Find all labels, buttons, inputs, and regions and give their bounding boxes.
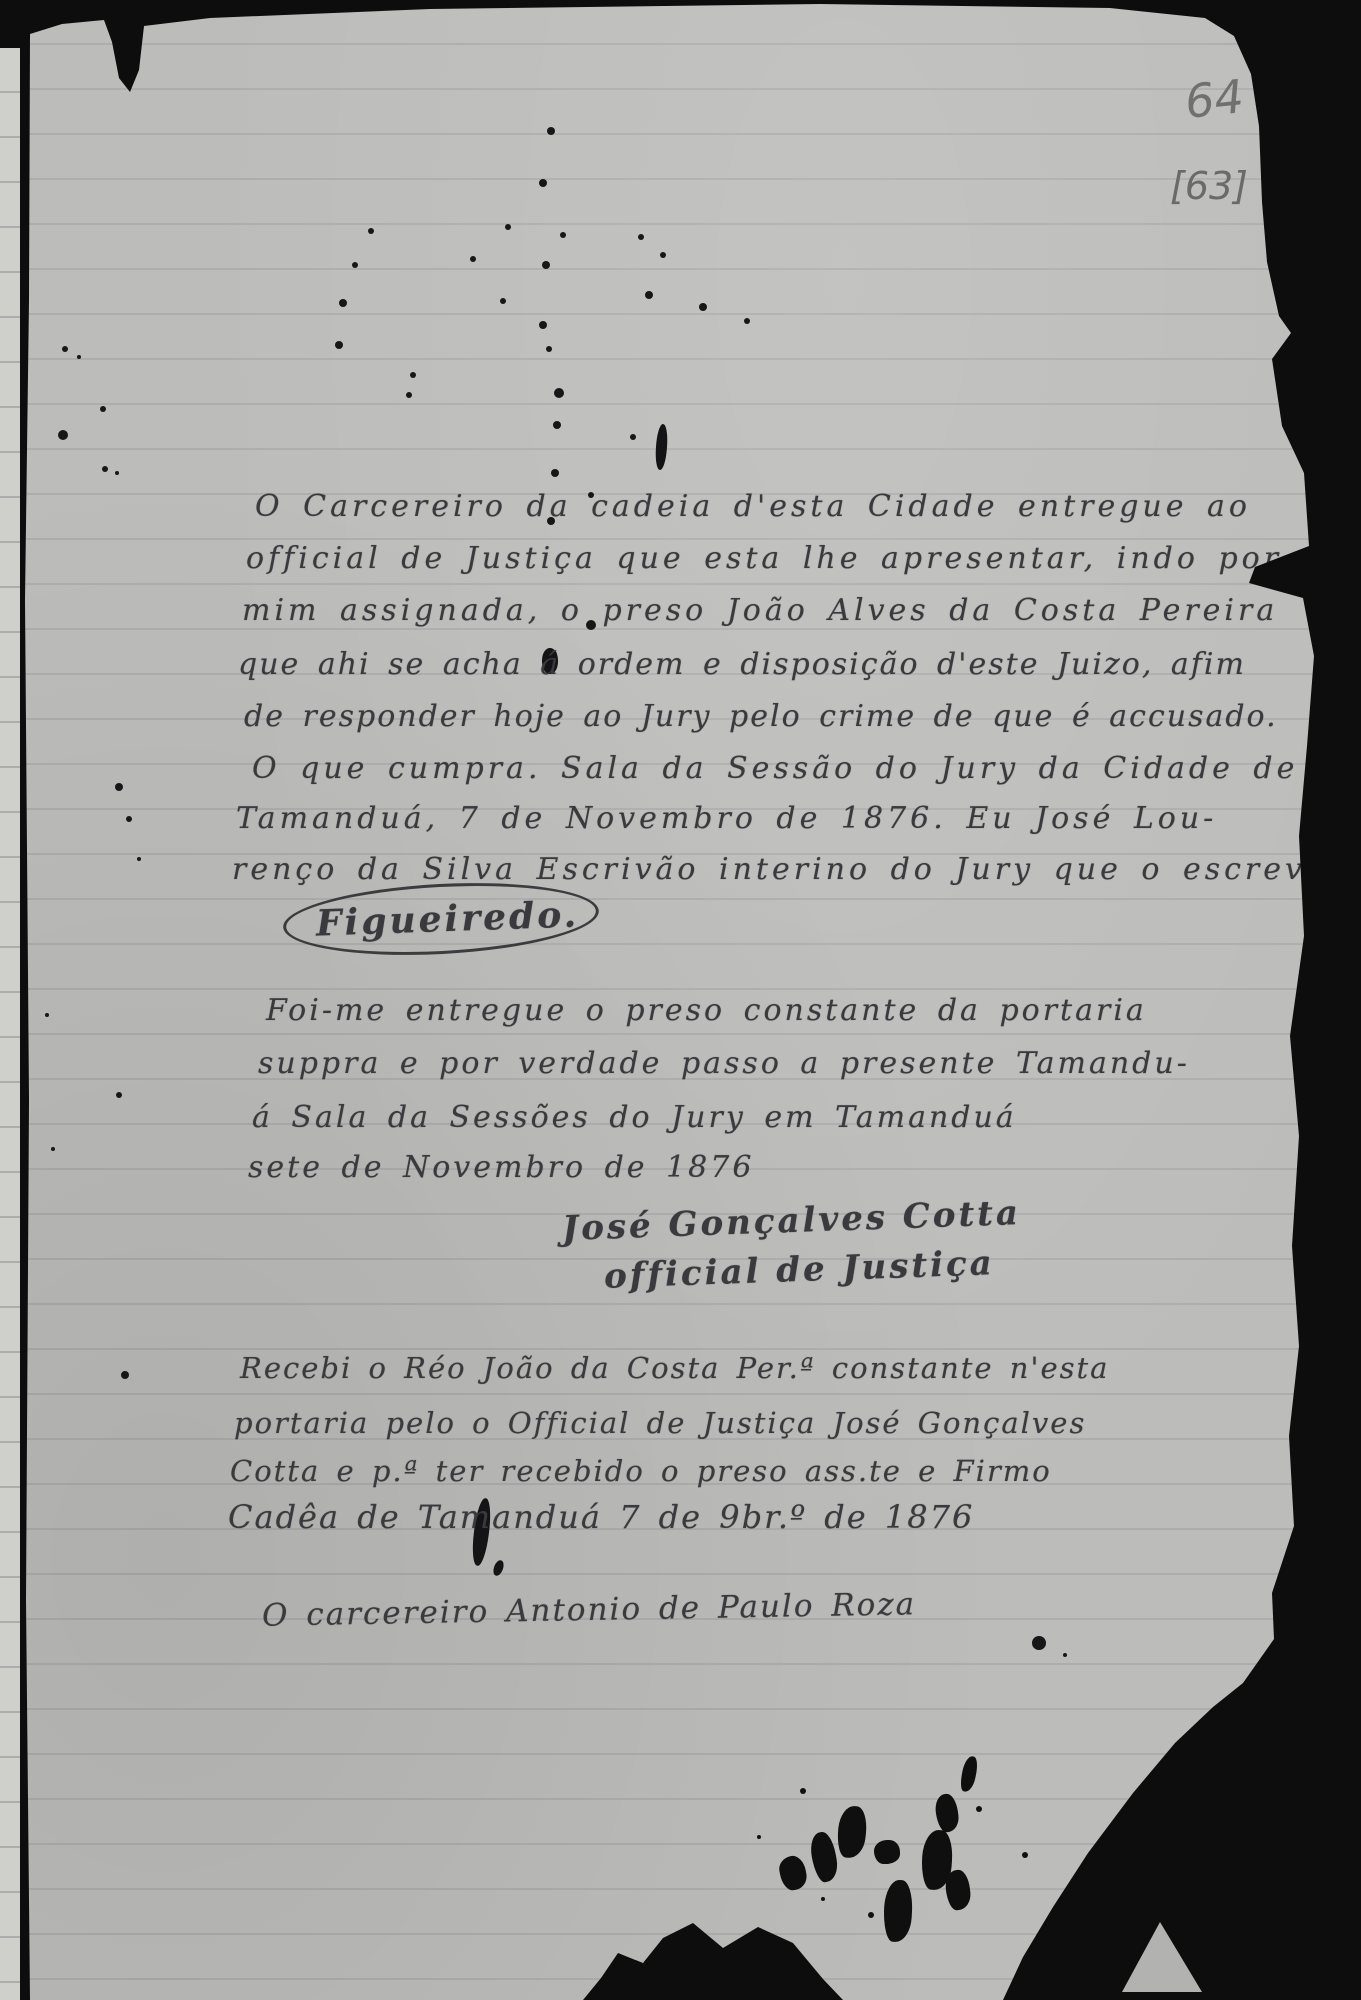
ink-blot-cluster xyxy=(835,1805,868,1860)
adjacent-page-edge xyxy=(0,48,20,2000)
manuscript-line: mim assignada, o preso João Alves da Cos… xyxy=(242,593,1278,628)
ink-blot xyxy=(654,424,668,471)
ink-blot xyxy=(492,1559,506,1577)
manuscript-line: renço da Silva Escrivão interino do Jury… xyxy=(232,852,1333,887)
manuscript-line: á Sala da Sessões do Jury em Tamanduá xyxy=(252,1100,1017,1135)
manuscript-line: sete de Novembro de 1876 xyxy=(248,1150,754,1185)
paper-sheet: 64 [63] O Carcereiro da cadeia d'esta Ci… xyxy=(0,0,1361,2000)
manuscript-line: Cadêa de Tamanduá 7 de 9br.º de 1876 xyxy=(228,1498,974,1536)
manuscript-line: official de Justiça que esta lhe apresen… xyxy=(246,541,1282,576)
manuscript-line: de responder hoje ao Jury pelo crime de … xyxy=(244,699,1278,734)
manuscript-line: portaria pelo o Official de Justiça José… xyxy=(234,1406,1086,1440)
manuscript-line: Cotta e p.ª ter recebido o preso ass.te … xyxy=(230,1454,1052,1488)
ink-blot-cluster xyxy=(808,1830,840,1883)
ink-blot-cluster xyxy=(874,1840,900,1864)
manuscript-line: Recebi o Réo João da Costa Per.ª constan… xyxy=(240,1351,1109,1385)
manuscript-line: Tamanduá, 7 de Novembro de 1876. Eu José… xyxy=(236,801,1217,836)
paper-fragment xyxy=(1122,1922,1202,1992)
folio-number-64: 64 xyxy=(1182,69,1246,129)
manuscript-line: suppra e por verdade passo a presente Ta… xyxy=(258,1046,1190,1081)
signature-jose-goncalves-cotta: José Gonçalves Cotta xyxy=(561,1193,1021,1249)
ink-blot-cluster xyxy=(777,1854,809,1892)
ink-speck-cluster xyxy=(0,0,6,6)
ink-blot-cluster xyxy=(944,1869,972,1911)
ink-blot-cluster xyxy=(882,1879,913,1942)
signature-antonio-de-paulo-roza: O carcereiro Antonio de Paulo Roza xyxy=(262,1586,917,1633)
ink-blot-cluster xyxy=(933,1793,960,1834)
manuscript-line: O que cumpra. Sala da Sessão do Jury da … xyxy=(252,751,1298,786)
manuscript-line: O Carcereiro da cadeia d'esta Cidade ent… xyxy=(255,489,1251,524)
ink-blot-cluster xyxy=(958,1755,979,1793)
scanned-manuscript-page: 64 [63] O Carcereiro da cadeia d'esta Ci… xyxy=(0,0,1361,2000)
folio-number-63: [63] xyxy=(1170,164,1248,208)
signature-title-official-de-justica: official de Justiça xyxy=(603,1243,995,1297)
manuscript-line: Foi-me entregue o preso constante da por… xyxy=(266,993,1147,1028)
manuscript-line: que ahi se acha á ordem e disposição d'e… xyxy=(238,647,1246,682)
